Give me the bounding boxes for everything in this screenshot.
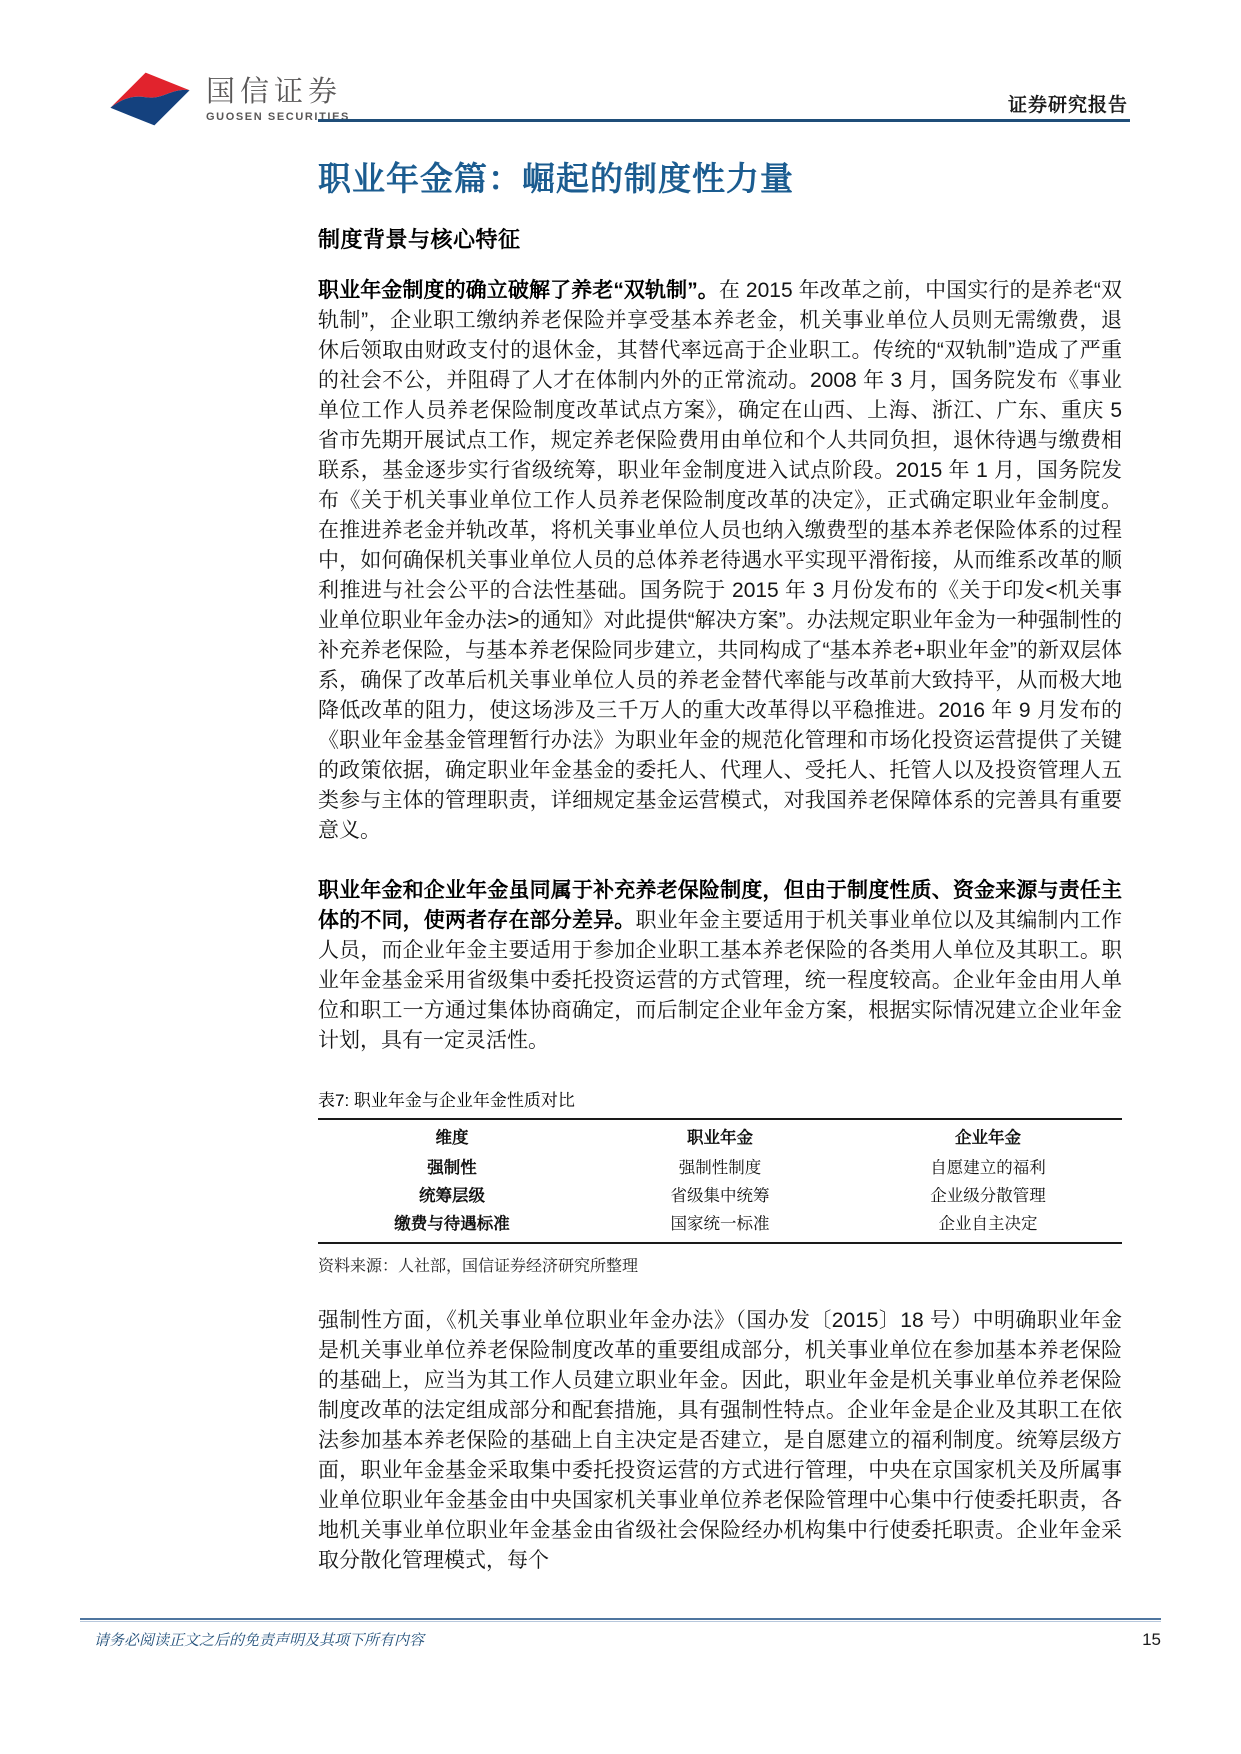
guosen-logo-icon: [106, 68, 194, 130]
table-cell: 缴费与待遇标准: [318, 1210, 586, 1243]
table-cell: 强制性制度: [586, 1154, 854, 1182]
table-cell: 省级集中统筹: [586, 1182, 854, 1210]
table-row: 强制性 强制性制度 自愿建立的福利: [318, 1154, 1122, 1182]
guosen-logo: 国信证券 GUOSEN SECURITIES: [106, 68, 350, 130]
report-body: 职业年金篇：崛起的制度性力量 制度背景与核心特征 职业年金制度的确立破解了养老“…: [318, 148, 1122, 1606]
section-heading: 制度背景与核心特征: [318, 226, 1122, 254]
table-cell: 自愿建立的福利: [854, 1154, 1122, 1182]
table-cell: 企业级分散管理: [854, 1182, 1122, 1210]
table-source: 资料来源：人社部，国信证券经济研究所整理: [318, 1253, 1122, 1276]
table-row: 缴费与待遇标准 国家统一标准 企业自主决定: [318, 1210, 1122, 1243]
table-header-cell: 职业年金: [586, 1119, 854, 1154]
table-cell: 国家统一标准: [586, 1210, 854, 1243]
paragraph-2: 职业年金和企业年金虽同属于补充养老保险制度，但由于制度性质、资金来源与责任主体的…: [318, 876, 1122, 1056]
table-row: 统筹层级 省级集中统筹 企业级分散管理: [318, 1182, 1122, 1210]
table-7-block: 表7: 职业年金与企业年金性质对比 维度 职业年金 企业年金 强制性 强制性制度…: [318, 1086, 1122, 1276]
page-title: 职业年金篇：崛起的制度性力量: [318, 158, 1122, 200]
table-cell: 企业自主决定: [854, 1210, 1122, 1243]
table-header-row: 维度 职业年金 企业年金: [318, 1119, 1122, 1154]
report-type-label: 证券研究报告: [1008, 90, 1128, 117]
table-cell: 强制性: [318, 1154, 586, 1182]
paragraph-1-lead: 职业年金制度的确立破解了养老“双轨制”。: [318, 279, 719, 302]
footer-disclaimer: 请务必阅读正文之后的免责声明及其项下所有内容: [80, 1629, 424, 1650]
table-header-cell: 维度: [318, 1119, 586, 1154]
paragraph-1: 职业年金制度的确立破解了养老“双轨制”。在 2015 年改革之前，中国实行的是养…: [318, 276, 1122, 846]
footer-divider: [80, 1618, 1161, 1622]
report-page: 国信证券 GUOSEN SECURITIES 证券研究报告 职业年金篇：崛起的制…: [0, 0, 1241, 1754]
logo-text: 国信证券 GUOSEN SECURITIES: [206, 75, 350, 123]
paragraph-3: 强制性方面，《机关事业单位职业年金办法》（国办发〔2015〕18 号）中明确职业…: [318, 1306, 1122, 1576]
table-header-cell: 企业年金: [854, 1119, 1122, 1154]
table-caption: 表7: 职业年金与企业年金性质对比: [318, 1086, 1122, 1111]
logo-name-cn: 国信证券: [206, 75, 350, 109]
paragraph-1-text: 在 2015 年改革之前，中国实行的是养老“双轨制”，企业职工缴纳养老保险并享受…: [318, 279, 1122, 842]
footer: 请务必阅读正文之后的免责声明及其项下所有内容 15: [80, 1629, 1161, 1650]
table-cell: 统筹层级: [318, 1182, 586, 1210]
header-divider: [318, 119, 1130, 122]
comparison-table: 维度 职业年金 企业年金 强制性 强制性制度 自愿建立的福利 统筹层级 省级集中…: [318, 1118, 1122, 1244]
page-number: 15: [1142, 1630, 1161, 1650]
